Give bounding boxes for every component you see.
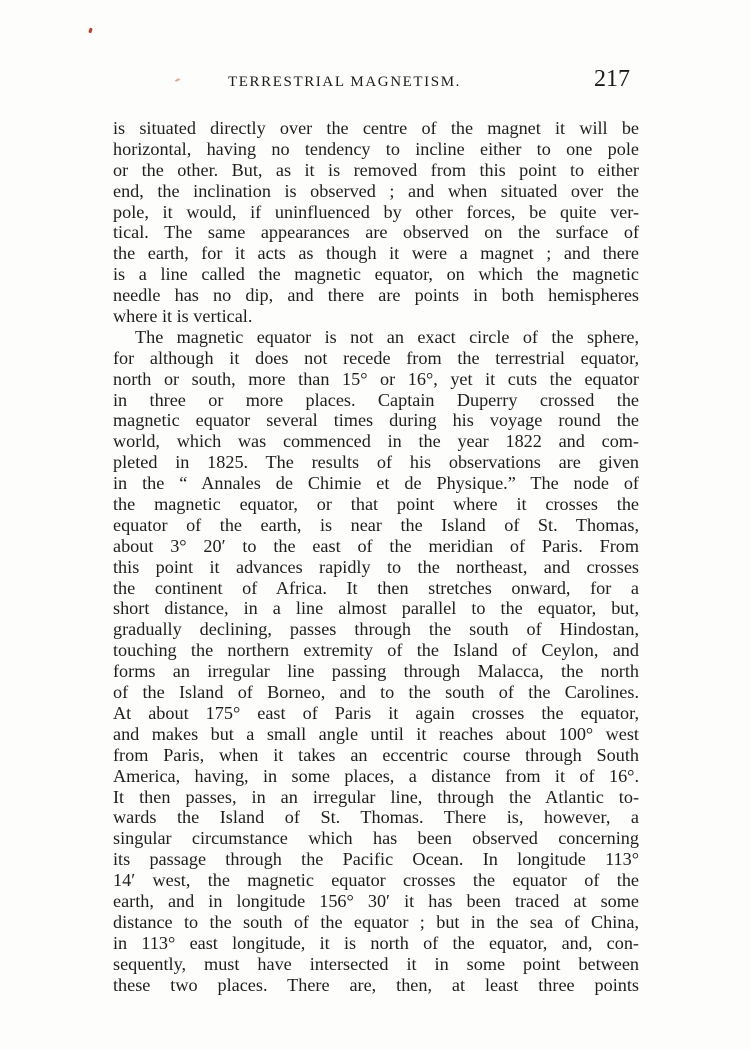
text-line: and makes but a small angle until it rea… [113,724,639,745]
body-text: is situated directly over the centre of … [113,118,639,995]
paragraph-start-line: The magnetic equator is not an exact cir… [113,327,639,348]
text-line: north or south, more than 15° or 16°, ye… [113,369,639,390]
text-line: gradually declining, passes through the … [113,619,639,640]
text-line: about 3° 20′ to the east of the meridian… [113,536,639,557]
text-line: in 113° east longitude, it is north of t… [113,933,639,954]
text-line: At about 175° east of Paris it again cro… [113,703,639,724]
text-line: for although it does not recede from the… [113,348,639,369]
text-line: needle has no dip, and there are points … [113,285,639,306]
text-line: America, having, in some places, a dista… [113,766,639,787]
text-line: these two places. There are, then, at le… [113,975,639,996]
text-line: its passage through the Pacific Ocean. I… [113,849,639,870]
text-line: horizontal, having no tendency to inclin… [113,139,639,160]
text-line: is situated directly over the centre of … [113,118,639,139]
text-line: the magnetic equator, or that point wher… [113,494,639,515]
text-line: the earth, for it acts as though it were… [113,243,639,264]
text-line: world, which was commenced in the year 1… [113,431,639,452]
text-line: forms an irregular line passing through … [113,661,639,682]
text-line: distance to the south of the equator ; b… [113,912,639,933]
text-line: where it is vertical. [113,306,639,327]
text-line: wards the Island of St. Thomas. There is… [113,807,639,828]
running-title: TERRESTRIAL MAGNETISM. [228,74,461,91]
text-line: earth, and in longitude 156° 30′ it has … [113,891,639,912]
page-number: 217 [594,66,630,93]
text-line: is a line called the magnetic equator, o… [113,264,639,285]
text-line: in the “ Annales de Chimie et de Physiqu… [113,473,639,494]
text-line: pleted in 1825. The results of his obser… [113,452,639,473]
text-line: from Paris, when it takes an eccentric c… [113,745,639,766]
text-line: tical. The same appearances are observed… [113,222,639,243]
ink-mark [175,78,180,82]
text-line: magnetic equator several times during hi… [113,410,639,431]
ink-mark [88,28,93,34]
text-line: pole, it would, if uninfluenced by other… [113,202,639,223]
text-line: equator of the earth, is near the Island… [113,515,639,536]
text-line: short distance, in a line almost paralle… [113,598,639,619]
text-line: of the Island of Borneo, and to the sout… [113,682,639,703]
text-line: It then passes, in an irregular line, th… [113,787,639,808]
text-line: in three or more places. Captain Duperry… [113,390,639,411]
text-line: touching the northern extremity of the I… [113,640,639,661]
text-line: this point it advances rapidly to the no… [113,557,639,578]
text-line: singular circumstance which has been obs… [113,828,639,849]
text-line: or the other. But, as it is removed from… [113,160,639,181]
book-page: TERRESTRIAL MAGNETISM. 217 is situated d… [0,0,750,1050]
text-line: the continent of Africa. It then stretch… [113,578,639,599]
page-header: TERRESTRIAL MAGNETISM. 217 [228,66,648,96]
text-line: 14′ west, the magnetic equator crosses t… [113,870,639,891]
text-line: sequently, must have intersected it in s… [113,954,639,975]
text-line: end, the inclination is observed ; and w… [113,181,639,202]
